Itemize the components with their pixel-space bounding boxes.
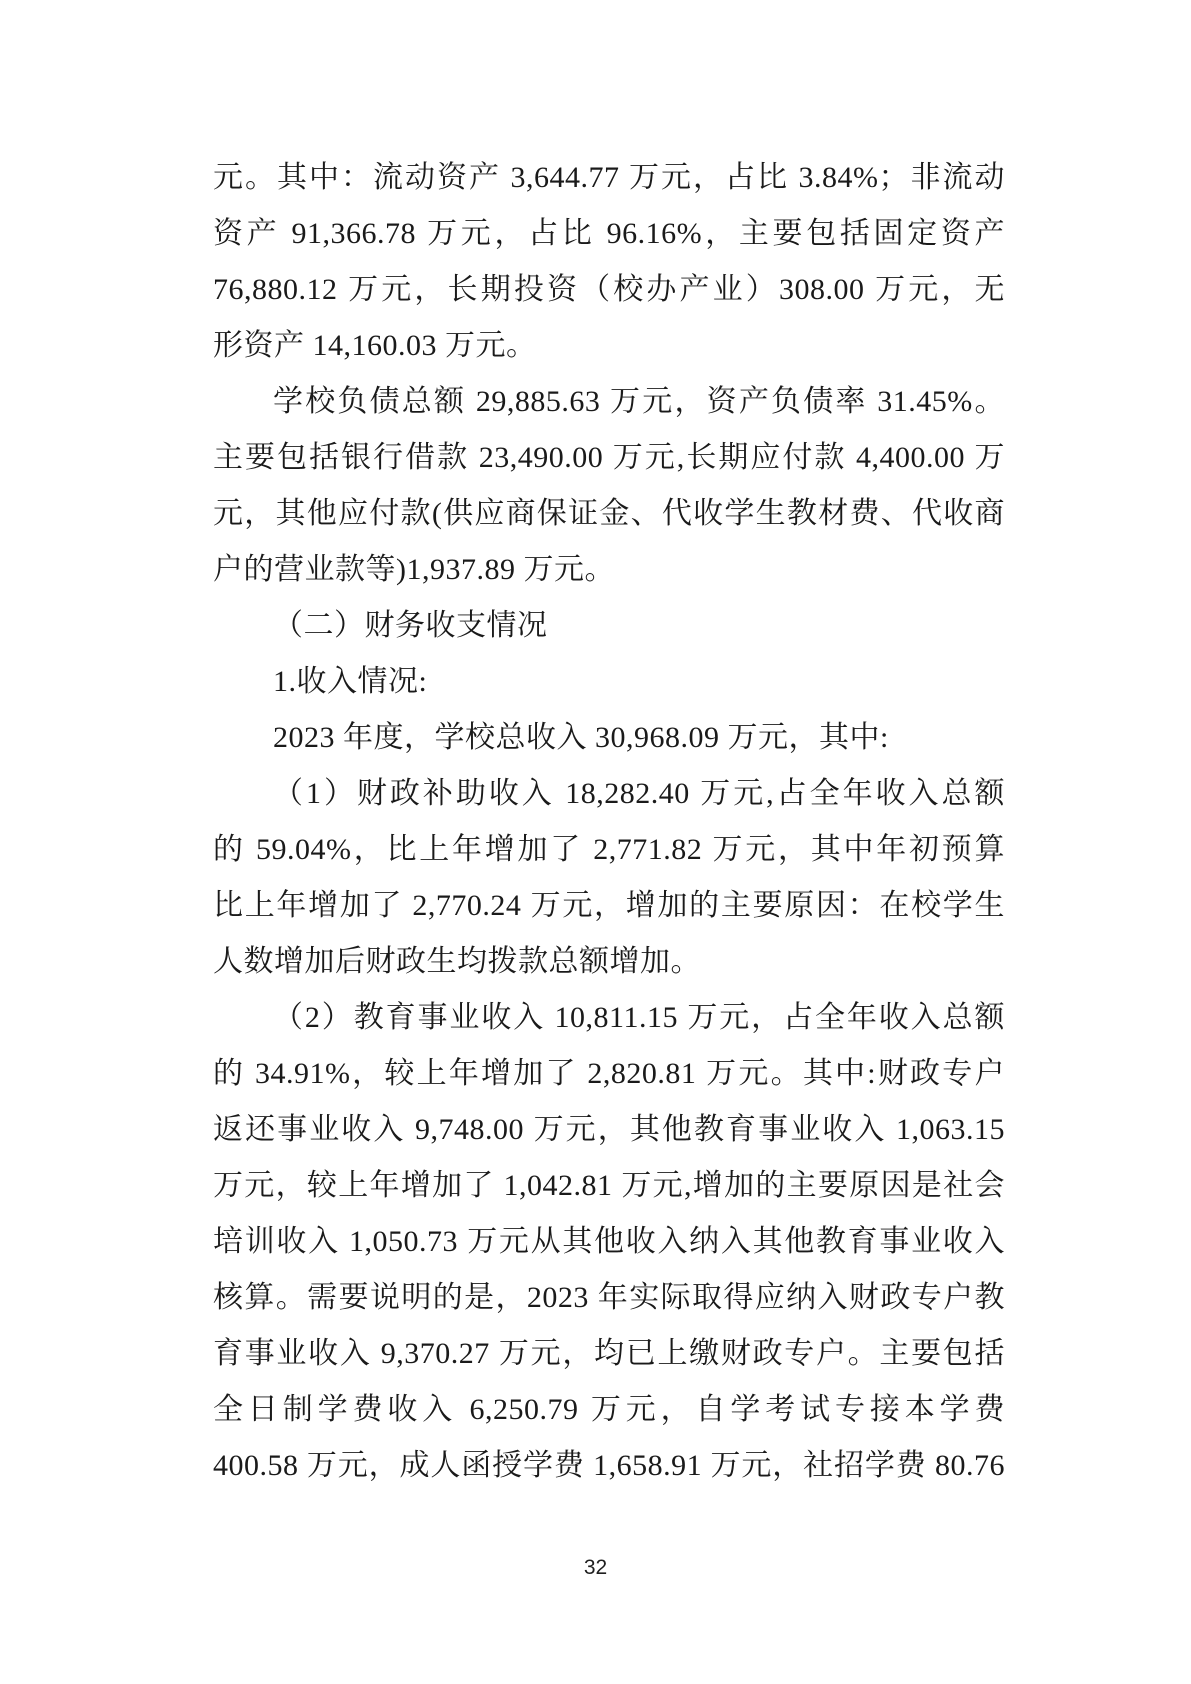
text-line: 比上年增加了 2,770.24 万元，增加的主要原因：在校学生	[213, 878, 1005, 934]
text-line: 人数增加后财政生均拨款总额增加。	[213, 934, 1005, 990]
text-line: 1.收入情况:	[213, 654, 1005, 710]
text-line: 2023 年度，学校总收入 30,968.09 万元，其中:	[213, 710, 1005, 766]
text-line: （1）财政补助收入 18,282.40 万元,占全年收入总额	[213, 766, 1005, 822]
text-line: 资产 91,366.78 万元，占比 96.16%，主要包括固定资产	[213, 206, 1005, 262]
text-line: 户的营业款等)1,937.89 万元。	[213, 542, 1005, 598]
text-line: 万元，较上年增加了 1,042.81 万元,增加的主要原因是社会	[213, 1158, 1005, 1214]
text-line: 返还事业收入 9,748.00 万元，其他教育事业收入 1,063.15	[213, 1102, 1005, 1158]
text-line: 学校负债总额 29,885.63 万元，资产负债率 31.45%。	[213, 374, 1005, 430]
text-line: （二）财务收支情况	[213, 598, 1005, 654]
text-line: 的 59.04%，比上年增加了 2,771.82 万元，其中年初预算	[213, 822, 1005, 878]
text-line: 核算。需要说明的是，2023 年实际取得应纳入财政专户教	[213, 1270, 1005, 1326]
text-line: 主要包括银行借款 23,490.00 万元,长期应付款 4,400.00 万	[213, 430, 1005, 486]
text-line: 的 34.91%，较上年增加了 2,820.81 万元。其中:财政专户	[213, 1046, 1005, 1102]
document-body: 元。其中：流动资产 3,644.77 万元，占比 3.84%；非流动资产 91,…	[213, 150, 1005, 1494]
document-page: 元。其中：流动资产 3,644.77 万元，占比 3.84%；非流动资产 91,…	[0, 0, 1191, 1684]
text-line: （2）教育事业收入 10,811.15 万元，占全年收入总额	[213, 990, 1005, 1046]
text-line: 400.58 万元，成人函授学费 1,658.91 万元，社招学费 80.76	[213, 1438, 1005, 1494]
text-line: 培训收入 1,050.73 万元从其他收入纳入其他教育事业收入	[213, 1214, 1005, 1270]
text-line: 全日制学费收入 6,250.79 万元，自学考试专接本学费	[213, 1382, 1005, 1438]
page-number: 32	[0, 1556, 1191, 1580]
text-line: 形资产 14,160.03 万元。	[213, 318, 1005, 374]
text-line: 育事业收入 9,370.27 万元，均已上缴财政专户。主要包括	[213, 1326, 1005, 1382]
text-line: 元，其他应付款(供应商保证金、代收学生教材费、代收商	[213, 486, 1005, 542]
text-line: 元。其中：流动资产 3,644.77 万元，占比 3.84%；非流动	[213, 150, 1005, 206]
text-line: 76,880.12 万元，长期投资（校办产业）308.00 万元，无	[213, 262, 1005, 318]
